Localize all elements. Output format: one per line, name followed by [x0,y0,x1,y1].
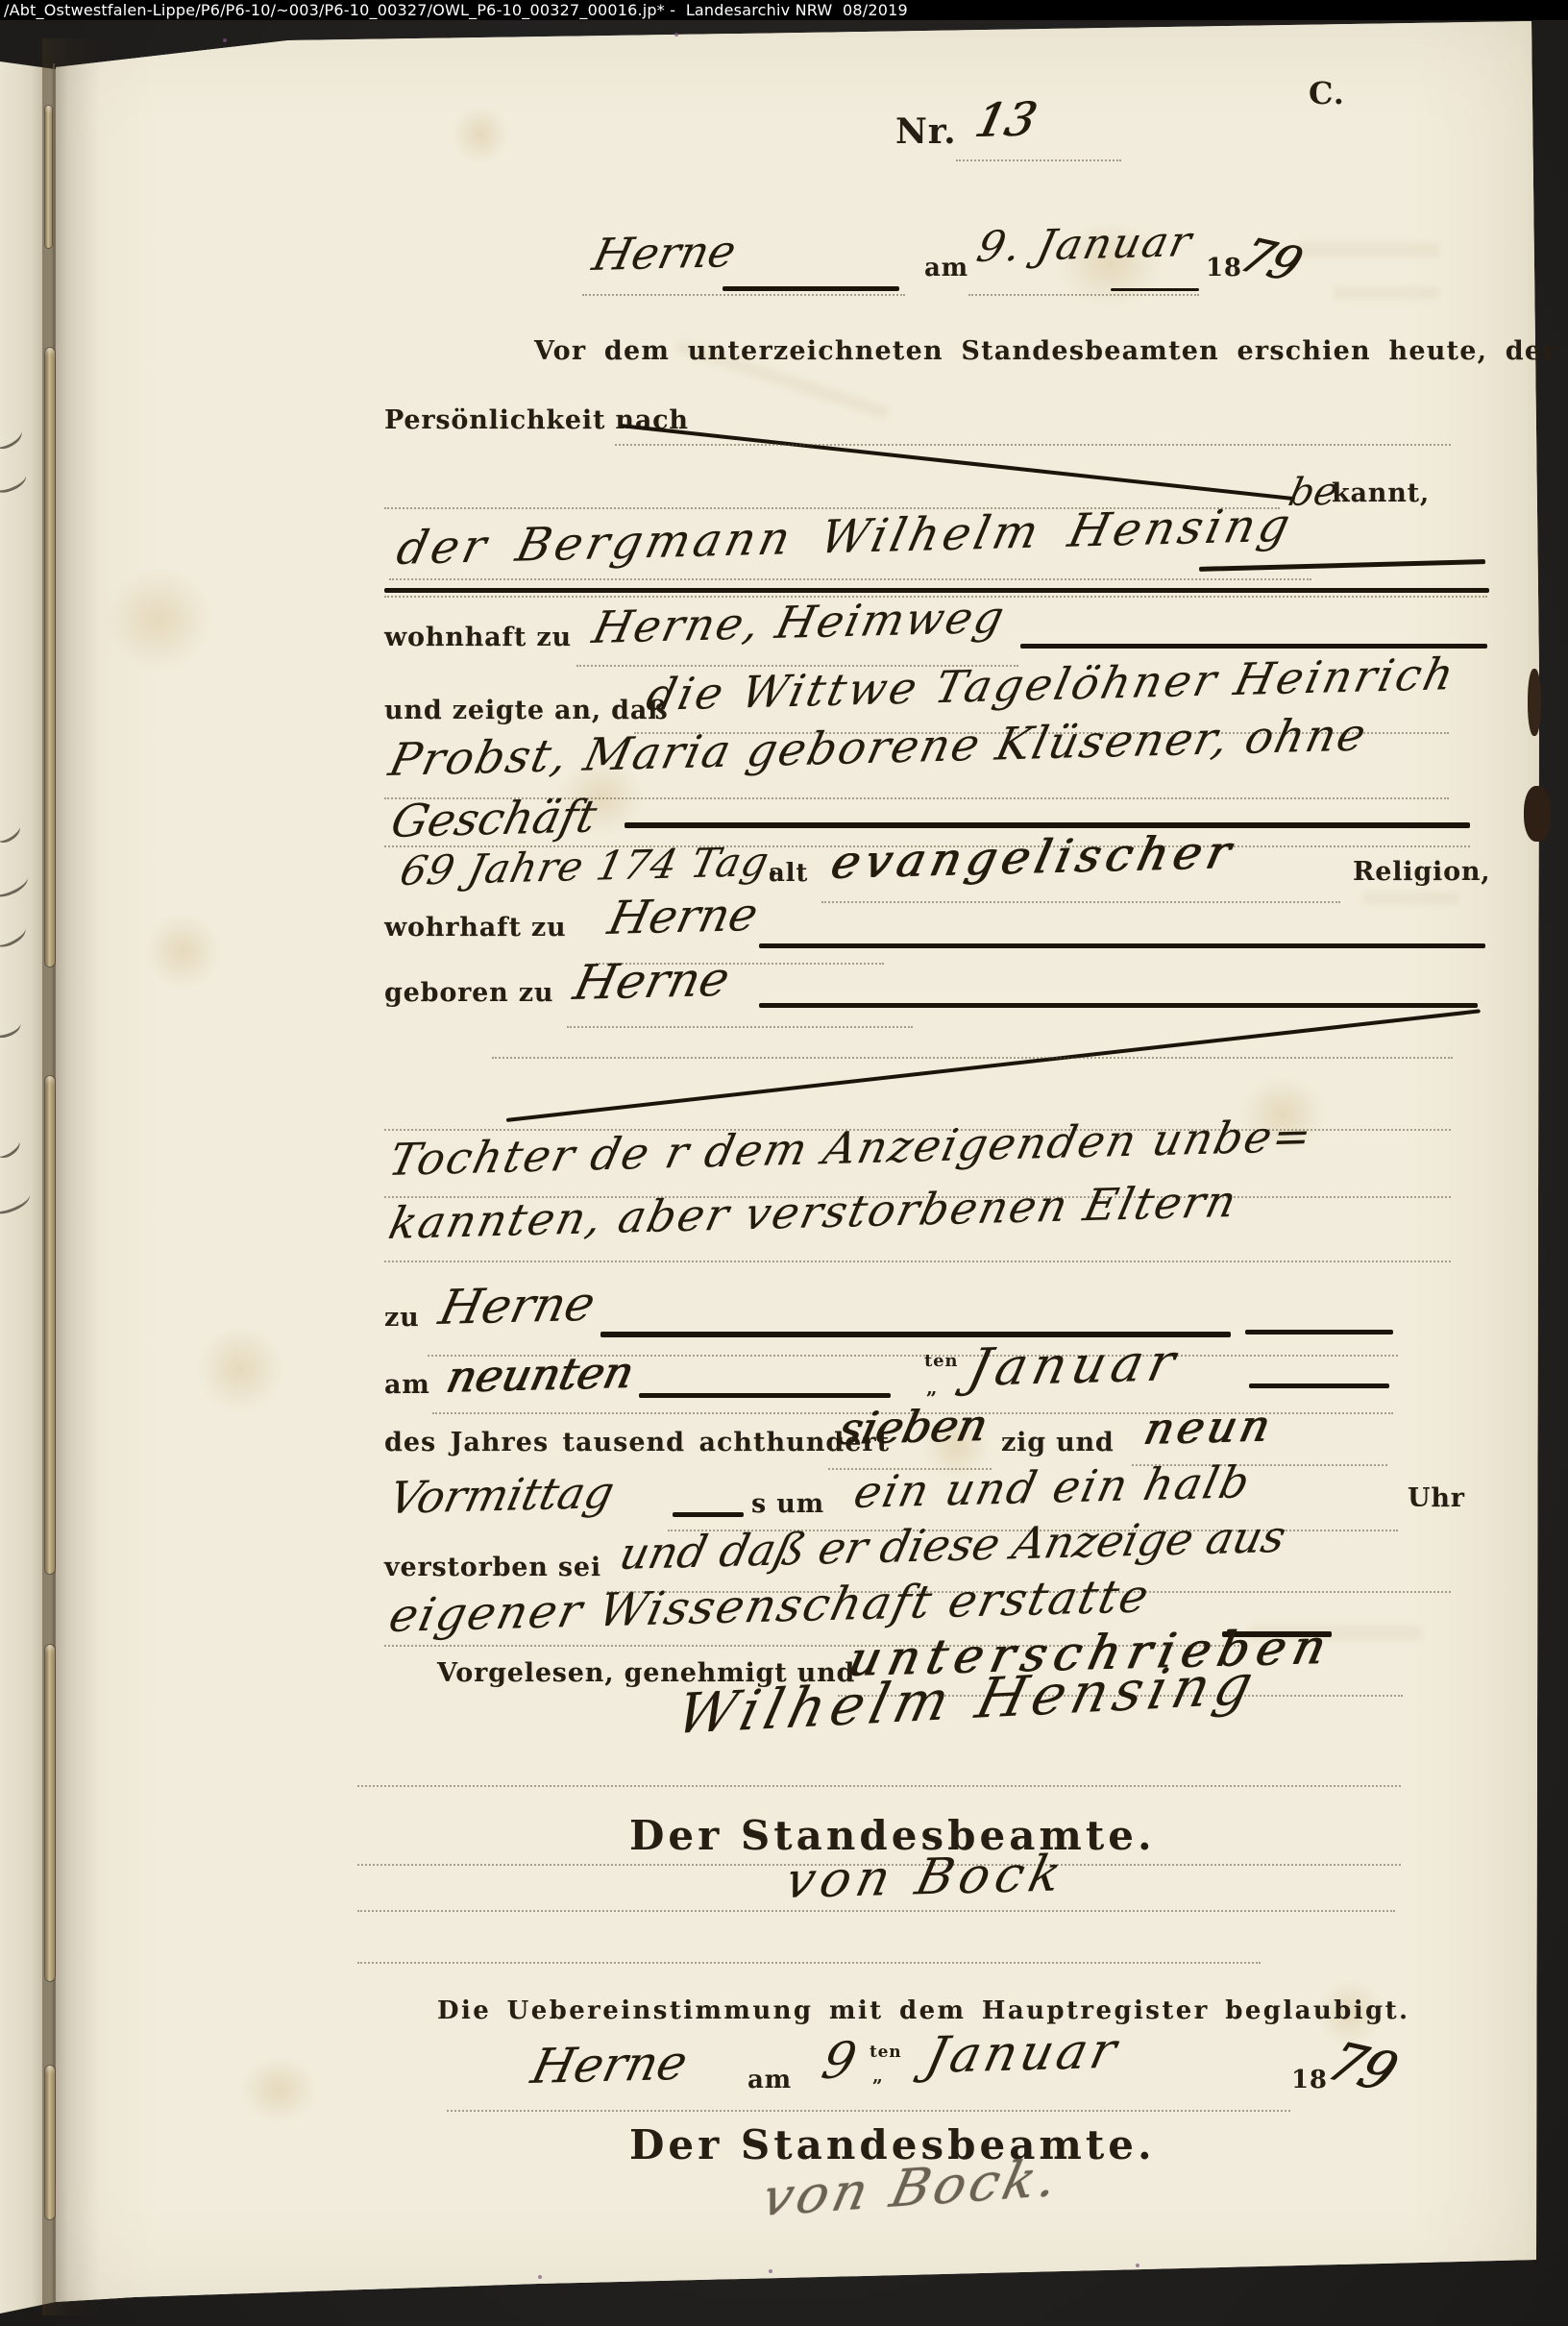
certify-month: Januar [920,2022,1125,2085]
certify-ten-mark: „ [872,2066,884,2087]
geboren-label: geboren zu [384,978,553,1008]
ruled-line [389,578,1311,580]
ink-line [723,286,899,291]
ten-mark: „ [926,1376,938,1399]
binding-cord [45,1076,55,1574]
wohnhaft-label: wohnhaft zu [384,623,572,652]
edge-stain [1524,786,1551,842]
certify-place: Herne [527,2035,693,2094]
showthrough-mark [1334,286,1439,300]
binding-cord [45,348,55,967]
ruled-line [357,1910,1395,1912]
certify-am: am [747,2066,792,2094]
edge-speck [769,2269,772,2273]
binding-cord [45,106,52,248]
ten-superscript: ten [924,1351,958,1371]
edge-stain [1528,669,1541,736]
edge-speck [1136,2264,1139,2267]
intro-line1: Vor dem unterzeichneten Standesbeamten e… [534,336,1557,366]
time-hand2: ein und ein halb [849,1456,1256,1518]
time-printed2: Uhr [1408,1483,1465,1513]
ruled-line [582,294,905,296]
place-entry: Herne [588,225,741,281]
time-hand1: Vormittag [384,1466,619,1524]
corner-letter: C. [1309,75,1345,111]
scanned-register-page: /Abt_Ostwestfalen-Lippe/P6/P6-10/~003/P6… [0,0,1568,2326]
am2-label: am [384,1370,430,1400]
year-words-printed1: des Jahres tausend achthundert [384,1428,890,1457]
deathday-entry: neunten [442,1346,639,1403]
registrar-signature: von Bock [780,1845,1072,1910]
zu-label: zu [384,1303,420,1333]
religion-entry: evangelischer [826,825,1241,890]
deathmonth-entry: Januar [963,1332,1187,1398]
date-entry: 9. Januar [972,217,1198,272]
certify-ten: ten [870,2043,901,2062]
verstorben-label: verstorben sei [384,1553,601,1582]
binding-cord [45,1645,55,1981]
ink-line [673,1512,744,1517]
showthrough-mark [1295,242,1439,257]
ruled-line [357,1785,1401,1787]
residence-entry: Herne, Heimweg [588,591,1011,653]
paper-stain [106,567,211,673]
ruled-line [567,1026,913,1028]
ink-line [1020,644,1487,649]
showthrough-mark [1362,892,1458,905]
paper-stain [144,913,221,990]
birthplace-entry: Herne [569,951,735,1011]
ink-line [1245,1330,1393,1334]
certify-line: Die Uebereinstimmung mit dem Hauptregist… [437,1996,1409,2025]
religion-label: Religion, [1353,857,1491,887]
deathplace-entry: Herne [434,1276,600,1335]
binding-cord [45,2066,55,2219]
time-printed1: s um [751,1489,824,1519]
ink-line [759,943,1485,948]
alt-label: alt [769,859,808,888]
ruled-line [492,1057,1453,1059]
deceased-line3: Geschäft [386,791,601,848]
edge-speck [223,38,227,42]
wohnhaft2-label: wohrhaft zu [384,913,566,943]
paper-stain [452,106,509,163]
ruled-line [956,159,1121,161]
am-label: am [924,254,968,282]
ruled-line [821,901,1340,903]
file-path-text: /Abt_Ostwestfalen-Lippe/P6/P6-10/~003/P6… [4,1,908,19]
viewer-titlebar: /Abt_Ostwestfalen-Lippe/P6/P6-10/~003/P6… [0,0,1568,20]
paper-stain [240,2056,317,2123]
bekannt-printed: kannt, [1332,478,1430,508]
edge-speck [674,33,678,37]
ink-line [759,1003,1478,1008]
ink-line [1111,288,1199,291]
ruled-line [615,444,1451,446]
ink-line [639,1393,891,1398]
residence2-entry: Herne [603,888,763,945]
ink-line [1249,1383,1389,1388]
ruled-line [357,1962,1261,1964]
ink-line [625,822,1470,828]
zeigte-label: und zeigte an, daß [384,696,668,725]
ruled-line [447,2110,1290,2112]
year-words-hand2: neun [1139,1400,1279,1455]
edge-speck [538,2275,542,2279]
year-words-hand1: sieben [834,1399,992,1455]
nr-label: Nr. [895,111,957,152]
ruled-line [384,1261,1451,1262]
ruled-line [968,294,1199,296]
intro-line2: Persönlichkeit nach [384,405,689,435]
nr-value: 13 [970,92,1041,148]
year-words-printed2: zig und [1001,1428,1115,1457]
paper-stain [197,1326,283,1412]
